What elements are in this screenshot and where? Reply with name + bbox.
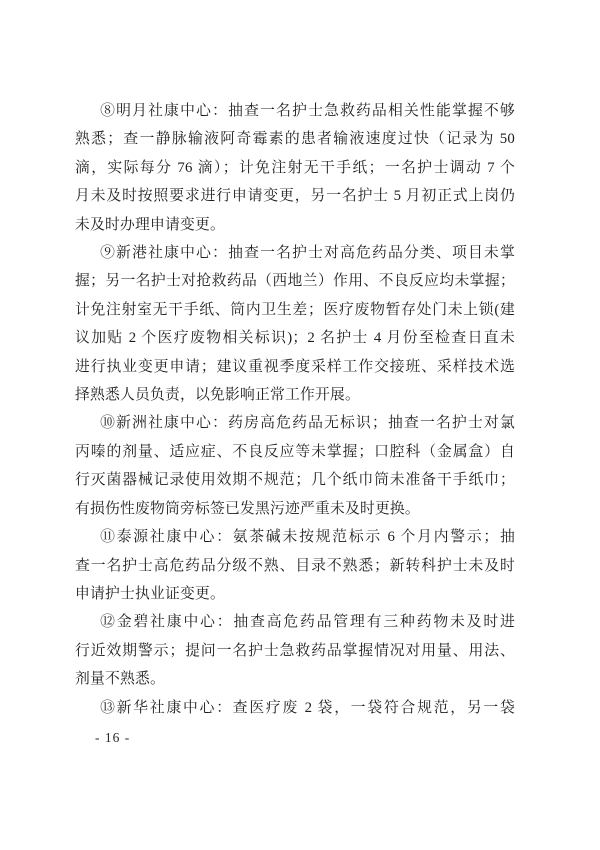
- text-line: ⑧明月社康中心：抽查一名护士急救药品相关性能掌握不够: [75, 97, 515, 125]
- text-line: 剂量不熟悉。: [75, 665, 515, 693]
- text-line: 未及时办理申请变更。: [75, 211, 515, 239]
- text-line: ⑬新华社康中心：查医疗废 2 袋，一袋符合规范，另一袋: [75, 694, 515, 722]
- text-line: 进行执业变更申请；建议重视季度采样工作交接班、采样技术选: [75, 353, 515, 381]
- paragraph-item-8-mingyue: ⑧明月社康中心：抽查一名护士急救药品相关性能掌握不够熟悉；查一静脉输液阿奇霉素的…: [75, 97, 515, 239]
- text-line: 月未及时按照要求进行申请变更，另一名护士 5 月初正式上岗仍: [75, 182, 515, 210]
- text-line: 丙嗪的剂量、适应症、不良反应等未掌握；口腔科（金属盒）自: [75, 438, 515, 466]
- text-line: 有损伤性废物筒旁标签已发黑污迹严重未及时更换。: [75, 495, 515, 523]
- text-line: 熟悉；查一静脉输液阿奇霉素的患者输液速度过快（记录为 50: [75, 125, 515, 153]
- paragraph-item-10-xinzhou: ⑩新洲社康中心：药房高危药品无标识；抽查一名护士对氯丙嗪的剂量、适应症、不良反应…: [75, 409, 515, 523]
- text-line: 择熟悉人员负责，以免影响正常工作开展。: [75, 381, 515, 409]
- paragraph-item-9-xingang: ⑨新港社康中心：抽查一名护士对高危药品分类、项目未掌握；另一名护士对抢救药品（西…: [75, 239, 515, 409]
- text-block: ⑧明月社康中心：抽查一名护士急救药品相关性能掌握不够熟悉；查一静脉输液阿奇霉素的…: [75, 97, 515, 722]
- text-line: ⑪泰源社康中心：氨茶碱未按规范标示 6 个月内警示；抽: [75, 523, 515, 551]
- page-number: - 16 -: [95, 729, 130, 747]
- text-line: 握；另一名护士对抢救药品（西地兰）作用、不良反应均未掌握；: [75, 267, 515, 295]
- text-line: ⑩新洲社康中心：药房高危药品无标识；抽查一名护士对氯: [75, 409, 515, 437]
- paragraph-item-12-jinbi: ⑫金碧社康中心：抽查高危药品管理有三种药物未及时进行近效期警示；提问一名护士急救…: [75, 608, 515, 693]
- text-line: 议加贴 2 个医疗废物相关标识)；2 名护士 4 月份至检查日直未: [75, 324, 515, 352]
- text-line: 行近效期警示；提问一名护士急救药品掌握情况对用量、用法、: [75, 637, 515, 665]
- text-line: 计免注射室无干手纸、筒内卫生差；医疗废物暂存处门未上锁(建: [75, 296, 515, 324]
- paragraph-item-11-taiyuan: ⑪泰源社康中心：氨茶碱未按规范标示 6 个月内警示；抽查一名护士高危药品分级不熟…: [75, 523, 515, 608]
- paragraph-item-13-xinhua: ⑬新华社康中心：查医疗废 2 袋，一袋符合规范，另一袋: [75, 694, 515, 722]
- text-line: 滴，实际每分 76 滴）；计免注射无干手纸；一名护士调动 7 个: [75, 154, 515, 182]
- text-line: ⑫金碧社康中心：抽查高危药品管理有三种药物未及时进: [75, 608, 515, 636]
- text-line: 行灭菌器械记录使用效期不规范；几个纸巾筒未准备干手纸巾；: [75, 466, 515, 494]
- text-line: ⑨新港社康中心：抽查一名护士对高危药品分类、项目未掌: [75, 239, 515, 267]
- document-page: ⑧明月社康中心：抽查一名护士急救药品相关性能掌握不够熟悉；查一静脉输液阿奇霉素的…: [0, 0, 600, 850]
- text-line: 申请护士执业证变更。: [75, 580, 515, 608]
- text-line: 查一名护士高危药品分级不熟、目录不熟悉；新转科护士未及时: [75, 552, 515, 580]
